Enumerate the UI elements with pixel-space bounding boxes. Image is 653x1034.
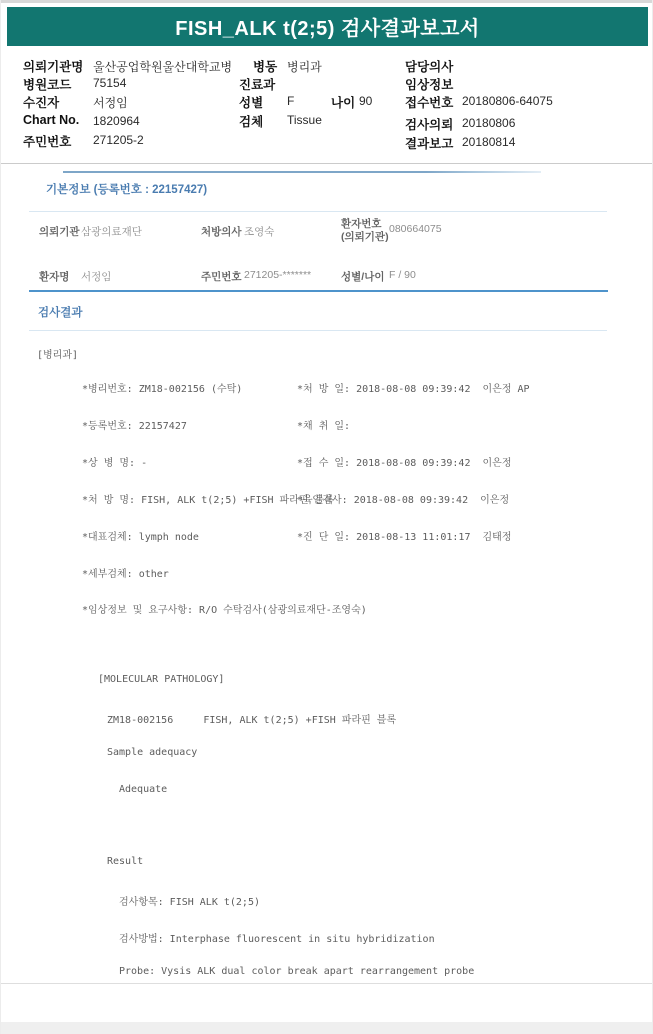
report-date-value: 20180814 bbox=[462, 135, 515, 149]
dept-tag: [병리과] bbox=[37, 346, 78, 361]
molecular-pathology-header: [MOLECULAR PATHOLOGY] bbox=[98, 674, 224, 685]
sex-label: 성별 bbox=[239, 93, 263, 111]
ward-label: 병동 bbox=[253, 57, 277, 75]
diagnosis-date-line: *진 단 일: 2018-08-13 11:01:17 김태정 bbox=[297, 528, 512, 543]
specimen-label: 검체 bbox=[239, 112, 263, 130]
resident-no-label: 주민번호 bbox=[23, 132, 71, 150]
clinical-info-label: 임상정보 bbox=[405, 75, 453, 93]
result-section-title: 검사결과 bbox=[38, 304, 82, 320]
request-date-value: 20180806 bbox=[462, 116, 515, 130]
diagnosis-name-line: *상 병 명: - bbox=[82, 454, 147, 469]
chart-no-label: Chart No. bbox=[23, 113, 79, 127]
probe-line: Probe: Vysis ALK dual color break apart … bbox=[119, 966, 474, 977]
patient-name-value: 서정임 bbox=[81, 269, 111, 284]
receipt-date-line: *접 수 일: 2018-08-08 09:39:42 이은정 bbox=[297, 454, 512, 469]
basic-info-top-rule bbox=[29, 211, 607, 212]
blue-accent-line bbox=[63, 171, 541, 173]
specimen-value: Tissue bbox=[287, 113, 322, 127]
result-label: Result bbox=[107, 856, 143, 867]
resident-reg-no-label: 주민번호 bbox=[201, 269, 242, 284]
report-page: FISH_ALK t(2;5) 검사결과보고서 의뢰기관명 울산공업학원울산대학… bbox=[0, 0, 653, 1034]
dept-label: 진료과 bbox=[239, 75, 275, 93]
sub-specimen-line: *세부검체: other bbox=[82, 565, 169, 580]
referring-org-label: 의뢰기관 bbox=[39, 224, 80, 239]
clinical-request-line: *임상정보 및 요구사항: R/O 수탁검사(삼광의료재단-조영숙) bbox=[82, 601, 367, 616]
patient-label: 수진자 bbox=[23, 93, 59, 111]
prescribing-doctor-value: 조영숙 bbox=[244, 224, 274, 239]
gross-exam-line: *육안검사: 2018-08-08 09:39:42 이은정 bbox=[297, 491, 509, 506]
footer-band bbox=[1, 1022, 653, 1034]
top-border-strip bbox=[1, 0, 653, 3]
referring-org-value: 삼광의료재단 bbox=[81, 224, 142, 239]
sex-value: F bbox=[287, 94, 294, 108]
patient-value: 서정임 bbox=[93, 94, 128, 111]
age-label: 나이 bbox=[331, 93, 355, 111]
receipt-no-label: 접수번호 bbox=[405, 93, 453, 111]
ward-value: 병리과 bbox=[287, 58, 322, 75]
org-value: 울산공업학원울산대학교병 bbox=[93, 58, 232, 75]
footer-divider-line bbox=[1, 983, 653, 984]
test-item-line: 검사항목: FISH ALK t(2;5) bbox=[119, 893, 260, 908]
patient-name-label: 환자명 bbox=[39, 269, 69, 284]
age-value: 90 bbox=[359, 94, 372, 108]
result-section-rule bbox=[29, 330, 607, 331]
registration-no-line: *등록번호: 22157427 bbox=[82, 417, 187, 432]
sex-age-value: F / 90 bbox=[389, 269, 416, 281]
resident-reg-no-value: 271205-******* bbox=[244, 269, 311, 281]
sample-adequacy-label: Sample adequacy bbox=[107, 747, 197, 758]
report-title: FISH_ALK t(2;5) 검사결과보고서 bbox=[175, 12, 480, 41]
hosp-code-value: 75154 bbox=[93, 76, 126, 90]
molecular-case-line: ZM18-002156 FISH, ALK t(2;5) +FISH 파라핀 블… bbox=[107, 711, 396, 726]
collection-date-line: *채 취 일: bbox=[297, 417, 350, 432]
pathology-no-line: *병리번호: ZM18-002156 (수탁) bbox=[82, 380, 242, 395]
prescribe-date-line: *처 방 일: 2018-08-08 09:39:42 이은정 AP bbox=[297, 380, 530, 395]
header-divider-line bbox=[1, 163, 653, 164]
report-title-bar: FISH_ALK t(2;5) 검사결과보고서 bbox=[7, 7, 648, 46]
main-specimen-line: *대표검체: lymph node bbox=[82, 528, 199, 543]
prescribing-doctor-label: 처방의사 bbox=[201, 224, 242, 239]
chart-no-value: 1820964 bbox=[93, 114, 140, 128]
receipt-no-value: 20180806-64075 bbox=[462, 94, 553, 108]
sample-adequacy-value: Adequate bbox=[119, 784, 167, 795]
patient-no-label-line2: (의뢰기관) bbox=[341, 229, 389, 244]
request-date-label: 검사의뢰 bbox=[405, 115, 453, 133]
patient-no-value: 080664075 bbox=[389, 223, 442, 235]
sex-age-label: 성별/나이 bbox=[341, 269, 385, 284]
resident-no-value: 271205-2 bbox=[93, 133, 144, 147]
basic-info-section-title: 기본정보 (등록번호 : 22157427) bbox=[46, 181, 207, 197]
org-label: 의뢰기관명 bbox=[23, 57, 83, 75]
basic-info-bottom-rule bbox=[29, 290, 608, 292]
attending-doctor-label: 담당의사 bbox=[405, 57, 453, 75]
test-method-line: 검사방법: Interphase fluorescent in situ hyb… bbox=[119, 930, 435, 945]
hosp-code-label: 병원코드 bbox=[23, 75, 71, 93]
report-date-label: 결과보고 bbox=[405, 134, 453, 152]
